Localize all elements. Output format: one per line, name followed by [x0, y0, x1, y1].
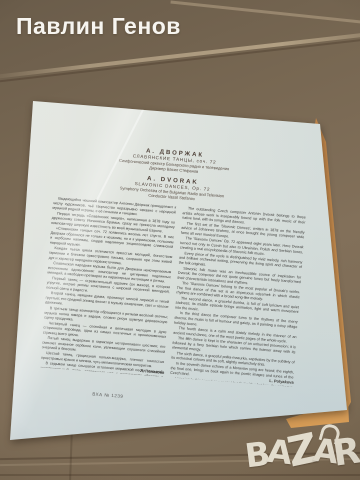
- photo-vignette: [0, 0, 360, 480]
- marketplace-listing-photo: А. ДВОРЖАК СЛАВЯНСКИЕ ТАНЦЫ, соч. 72 Сим…: [0, 0, 360, 480]
